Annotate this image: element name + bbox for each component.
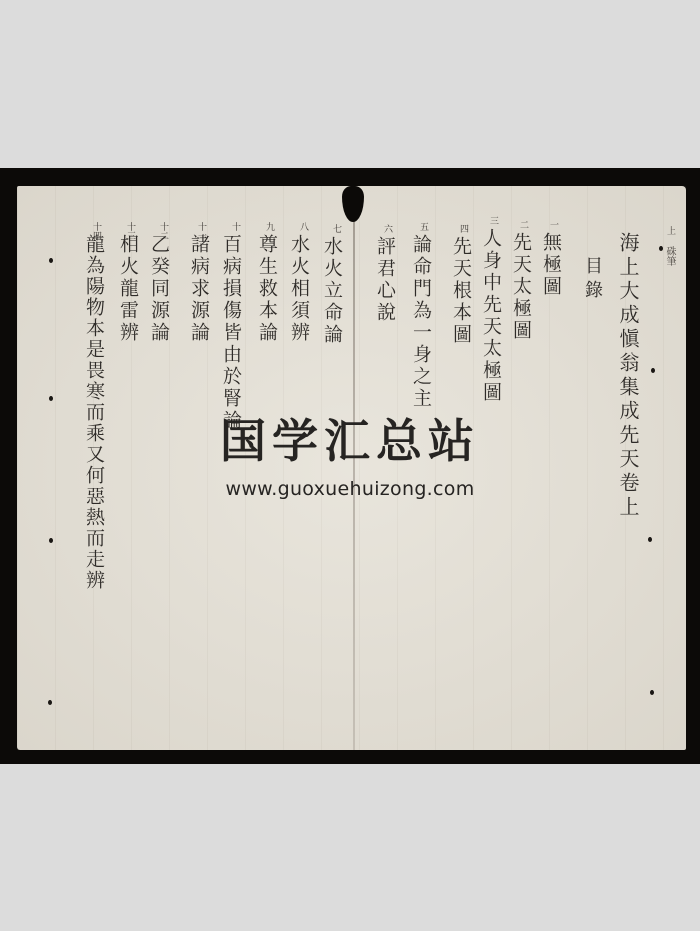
binding-hole-mark (648, 537, 652, 542)
entry-number: 五 (417, 222, 430, 231)
binding-hole-mark (650, 690, 654, 695)
margin-note: 硃筆 (662, 246, 677, 266)
toc-entry: 尊生救本論 (257, 234, 276, 344)
toc-entry: 龍為陽物本是畏寒而乘又何惡熱而走辨 (84, 234, 103, 591)
entry-number: 六 (381, 224, 394, 233)
toc-entry: 無極圖 (541, 232, 560, 298)
toc-entry: 乙癸同源論 (149, 234, 168, 344)
document-title: 海上大成愼翁集成先天卷上 (618, 232, 638, 520)
page-fold-line (353, 206, 355, 750)
margin-note-top: 上 (664, 226, 677, 235)
toc-entry: 百病損傷皆由於腎論 (221, 234, 240, 432)
toc-entry: 水火相須辨 (289, 234, 308, 344)
toc-entry: 論命門為一身之主 (411, 234, 430, 410)
toc-entry: 先天太極圖 (511, 232, 530, 342)
binding-hole-mark (49, 396, 53, 401)
entry-number: 四 (457, 224, 470, 233)
entry-number: 八 (297, 222, 310, 231)
toc-entry: 相火龍雷辨 (118, 234, 137, 344)
entry-number: 二 (517, 220, 530, 229)
toc-entry: 水火立命論 (322, 236, 341, 346)
entry-number: 七 (330, 224, 343, 233)
entry-number: 三 (487, 216, 500, 225)
binding-hole-mark (48, 700, 52, 705)
toc-entry: 諸病求源論 (189, 234, 208, 344)
entry-number: 一 (547, 220, 560, 229)
toc-entry: 先天根本圖 (451, 236, 470, 346)
entry-number: 九 (263, 222, 276, 231)
binding-hole-mark (659, 246, 663, 251)
manuscript-page: 上 硃筆 海上大成愼翁集成先天卷上 目錄 一 無極圖 二 先天太極圖 三 人身中… (17, 186, 686, 750)
table-of-contents-heading: 目錄 (583, 256, 601, 304)
toc-entry: 評君心說 (375, 236, 394, 324)
entry-number: 十 (229, 222, 242, 231)
manuscript-scan: 上 硃筆 海上大成愼翁集成先天卷上 目錄 一 無極圖 二 先天太極圖 三 人身中… (0, 168, 700, 764)
binding-hole-mark (651, 368, 655, 373)
toc-entry: 人身中先天太極圖 (481, 228, 500, 404)
binding-hole-mark (49, 258, 53, 263)
binding-hole-mark (49, 538, 53, 543)
